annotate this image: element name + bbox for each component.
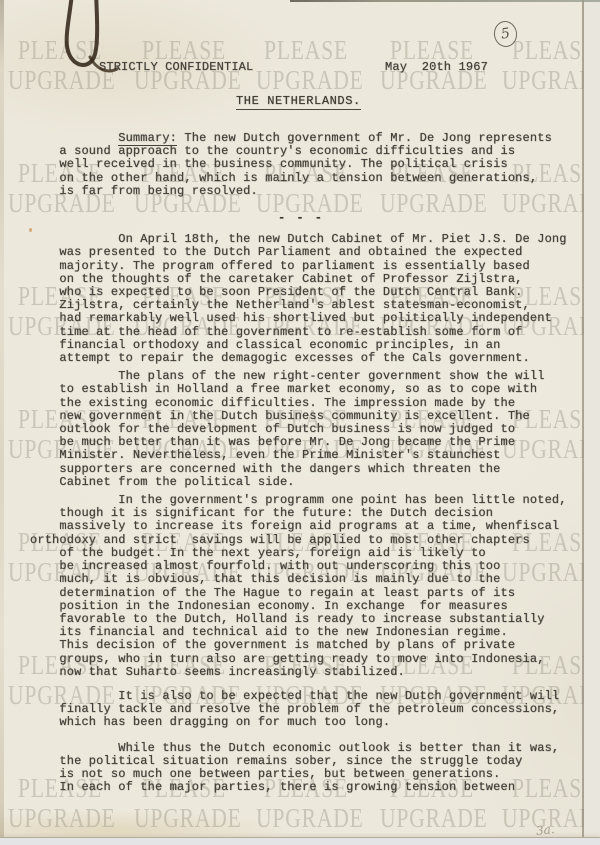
page-edge-top <box>290 0 600 2</box>
body-line: the existing economic difficulties. The … <box>30 397 592 410</box>
body-line: This decision of the government is match… <box>30 639 592 652</box>
handwritten-footer-mark: 3a. <box>535 822 555 838</box>
watermark-upgrade: UPGRADE <box>8 805 116 832</box>
body-line: had remarkably well used his shortlived … <box>30 312 592 325</box>
summary-line: on the other hand, which is mainly a ten… <box>30 172 592 185</box>
watermark-upgrade: UPGRADE <box>256 67 364 94</box>
body-line: time at the head of the government to re… <box>30 326 592 339</box>
summary-line: well received in the business community.… <box>30 158 592 171</box>
body-line: orthodoxy and strict savings will be app… <box>30 534 592 547</box>
body-line: much, it is obvious, that this decision … <box>30 573 592 586</box>
body-line: massively to increase its foreign aid pr… <box>30 520 592 533</box>
watermark-upgrade: UPGRADE <box>134 805 242 832</box>
scanned-document-page: PLEASEUPGRADEPLEASEUPGRADEPLEASEUPGRADEP… <box>0 0 600 845</box>
body-line: Cabinet from the political side. <box>30 476 592 489</box>
body-line: to establish in Holland a free market ec… <box>30 383 592 396</box>
body-line: majority. The program offered to parliam… <box>30 260 592 273</box>
watermark-upgrade: UPGRADE <box>380 805 488 832</box>
page-edge-right <box>582 0 584 845</box>
watermark-upgrade: UPGRADE <box>256 805 364 832</box>
document-date: May 20th 1967 <box>385 60 488 74</box>
summary-first-line-text: The new Dutch government of Mr. De Jong … <box>177 131 552 145</box>
paragraph-5: It is also to be expected that the new D… <box>30 690 592 730</box>
paragraph-4: In the government's programm one point h… <box>30 494 592 679</box>
body-line: was presented to the Dutch Parliament an… <box>30 246 592 259</box>
summary-indent <box>30 131 118 145</box>
body-line: supporters are concerned with the danger… <box>30 463 592 476</box>
ink-speck <box>29 228 32 232</box>
page-edge-bottom <box>0 837 600 845</box>
paragraphs-container: On April 18th, the new Dutch Cabinet of … <box>30 233 592 794</box>
body-line: While thus the Dutch economic outlook is… <box>30 742 592 755</box>
summary-paragraph: Summary: The new Dutch government of Mr.… <box>30 132 592 198</box>
paperclip-mark-icon <box>52 0 124 87</box>
body-line: In each of the major parties, there is g… <box>30 781 592 794</box>
section-separator: - - - <box>30 212 592 225</box>
scan-edge-left <box>0 0 4 845</box>
body-line: now that Suharto seems increasingly stab… <box>30 666 592 679</box>
document-body: Summary: The new Dutch government of Mr.… <box>30 127 592 794</box>
watermark-please: PLEASE <box>264 37 348 64</box>
body-line: the political situation remains sober, s… <box>30 755 592 768</box>
paragraph-2: On April 18th, the new Dutch Cabinet of … <box>30 233 592 365</box>
summary-line: is far from being resolved. <box>30 185 592 198</box>
paragraph-6: While thus the Dutch economic outlook is… <box>30 742 592 795</box>
body-line: position in the Indonesian economy. In e… <box>30 600 592 613</box>
body-line: determination of the The Hague to regain… <box>30 587 592 600</box>
document-title: THE NETHERLANDS. <box>236 94 361 110</box>
paragraph-3: The plans of the new right-center govern… <box>30 370 592 489</box>
body-line: groups, who in turn also are getting rea… <box>30 653 592 666</box>
body-line: which has been dragging on for much too … <box>30 716 592 729</box>
body-line: attempt to repair the demagogic excesses… <box>30 352 592 365</box>
body-line: Minister. Nevertheless, even the Prime M… <box>30 449 592 462</box>
